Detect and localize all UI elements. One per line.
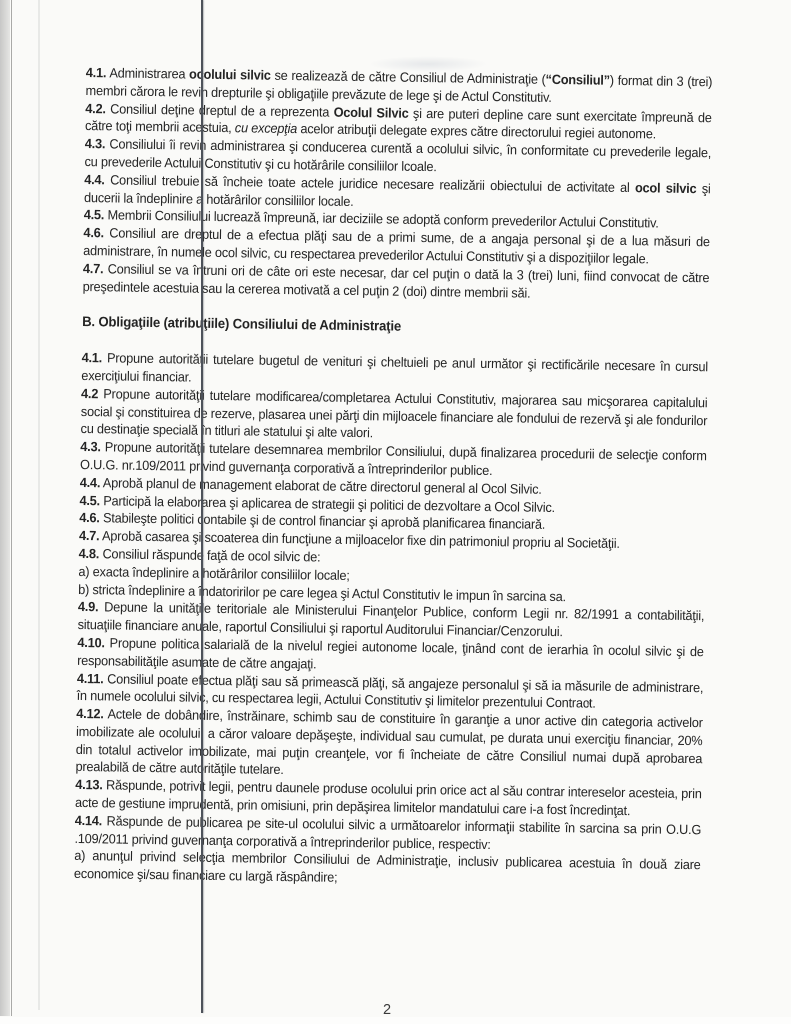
paragraph: 4.2 Propune autorităţii tutelare modific… xyxy=(80,385,707,448)
text-segment: 4.14. xyxy=(75,813,103,828)
text-segment: 4.3. xyxy=(85,136,106,151)
text-segment: “Consiliul” xyxy=(545,72,609,88)
fold-crease-line xyxy=(201,0,203,1013)
text-segment: 4.5. xyxy=(79,492,100,507)
text-segment: 4.9. xyxy=(78,599,99,614)
text-segment: 4.12. xyxy=(76,706,104,721)
text-segment: Consiliul poate efectua plăţi sau să pri… xyxy=(77,671,704,711)
text-segment: 4.2. xyxy=(85,101,106,116)
text-segment: Propune autorităţii tutelare modificarea… xyxy=(80,386,707,441)
text-segment: ocol silvic xyxy=(635,180,697,196)
text-segment: 4.8. xyxy=(79,546,100,561)
section-b-heading: B. Obligaţiile (atribuţiile) Consiliului… xyxy=(82,313,709,340)
text-segment: 4.3. xyxy=(80,439,101,454)
document-text: 4.1. Administrarea ocolului silvic se re… xyxy=(74,64,712,892)
section-b-paragraphs: 4.1. Propune autorităţii tutelare bugetu… xyxy=(74,349,708,892)
scanned-page: 4.1. Administrarea ocolului silvic se re… xyxy=(0,0,791,1024)
text-segment: Răspunde, potrivit legii, pentru daunele… xyxy=(75,778,702,819)
paper-crease-line xyxy=(38,0,40,1010)
text-segment: 4.4. xyxy=(80,475,101,490)
text-segment: Ocolul Silvic xyxy=(334,104,409,120)
page-number-digit: 2 xyxy=(383,1002,391,1016)
text-segment: Propune autorităţii tutelare bugetul de … xyxy=(81,350,708,384)
text-segment: Administrarea xyxy=(106,65,189,81)
text-segment: 4.6. xyxy=(83,225,104,240)
text-segment: Depune la unităţile teritoriale ale Mini… xyxy=(78,600,705,640)
scan-bottom-edge xyxy=(0,1017,791,1024)
text-segment: cu excepţia xyxy=(235,121,297,137)
text-segment: 4.10. xyxy=(77,635,105,650)
page-edge-line xyxy=(11,0,12,1016)
text-segment: 4.1. xyxy=(86,65,107,80)
text-segment: Consiliul se va întruni ori de câte ori … xyxy=(83,261,710,300)
text-segment: 4.7. xyxy=(79,528,100,543)
text-segment: 4.13. xyxy=(75,777,103,792)
text-segment: 4.6. xyxy=(79,510,100,525)
text-segment: se realizează de către Consiliul de Admi… xyxy=(271,68,546,87)
paragraph: 4.12. Actele de dobândire, înstrăinare, … xyxy=(75,705,702,785)
text-segment: Actele de dobândire, înstrăinare, schimb… xyxy=(75,706,702,777)
text-segment: 4.5. xyxy=(84,207,105,222)
text-segment: Consiliul are dreptul de a efectua plăţi… xyxy=(83,225,710,266)
scan-left-edge xyxy=(0,0,10,1016)
text-segment: Propune autorităţii tutelare desemnarea … xyxy=(80,439,707,478)
text-segment: 4.1. xyxy=(82,350,103,365)
text-segment: a) exacta îndeplinire a hotărârilor cons… xyxy=(78,564,349,583)
text-segment: 4.2 xyxy=(81,386,98,401)
section-a-paragraphs: 4.1. Administrarea ocolului silvic se re… xyxy=(83,64,713,305)
page-number: 2 xyxy=(383,1002,405,1016)
text-segment: 4.4. xyxy=(84,172,105,187)
text-segment: Răspunde de publicarea pe site-ul ocolul… xyxy=(74,813,701,852)
text-segment: Consiliului îi revin administrarea şi co… xyxy=(84,136,711,174)
text-segment: Consiliul răspunde faţă de ocol silvic d… xyxy=(99,546,320,564)
text-segment: Consiliul deţine dreptul de a reprezenta xyxy=(106,101,334,119)
text-segment: 4.7. xyxy=(83,261,104,276)
text-segment: 4.11. xyxy=(77,670,104,685)
